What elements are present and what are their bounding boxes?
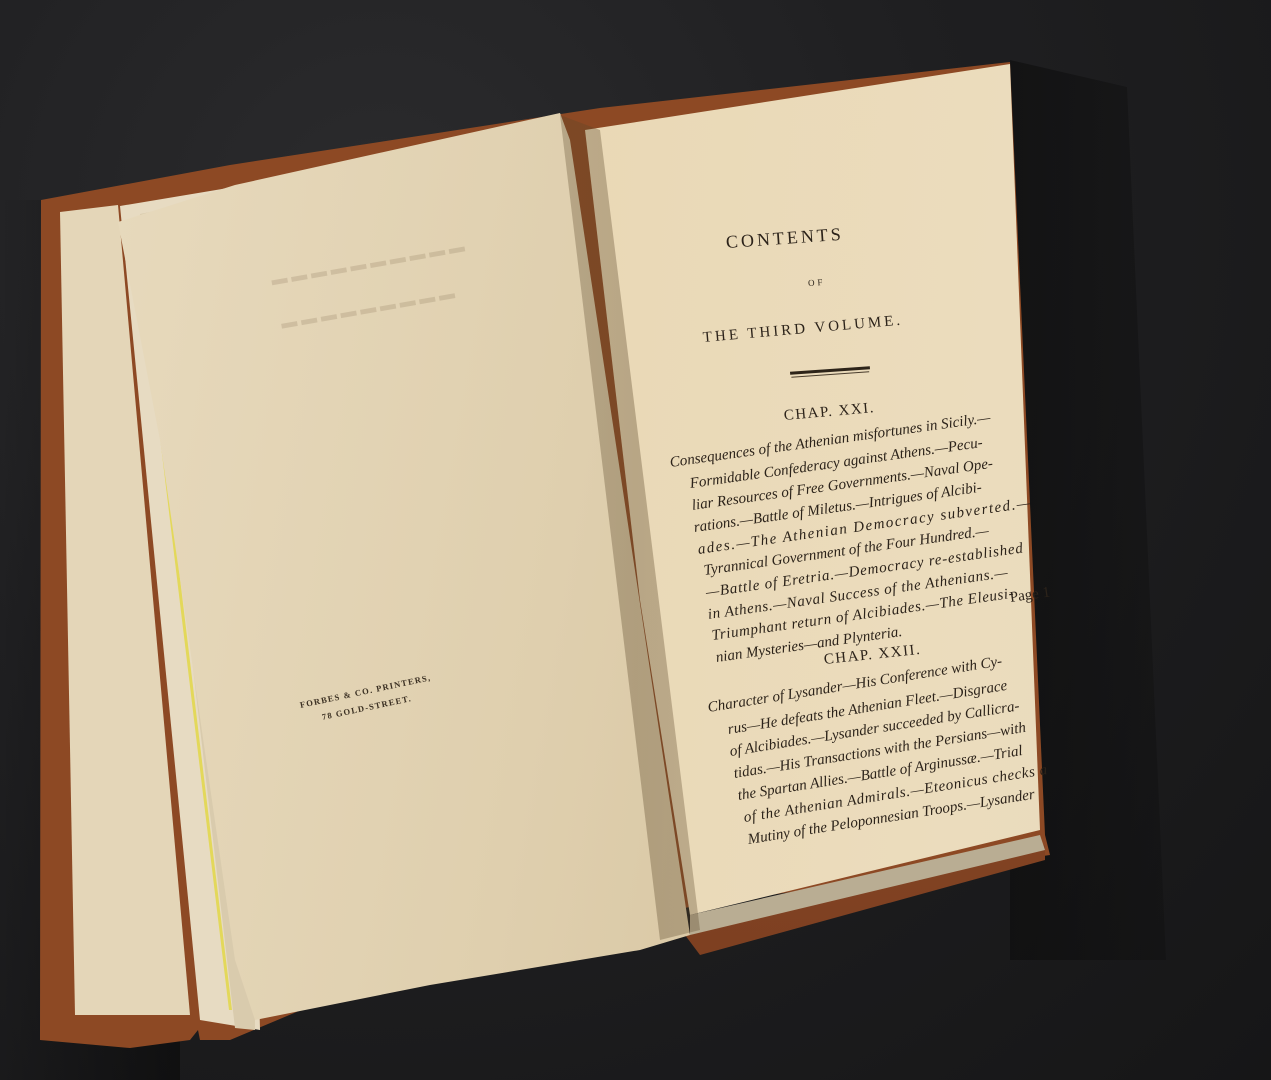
photo-scene: ▬▬▬▬▬▬▬▬▬▬ ▬▬▬▬▬▬▬▬▬ FORBES & CO. PRINTE… [0, 0, 1271, 1080]
contents-of: OF [808, 277, 826, 288]
cast-shadow-right [1010, 60, 1270, 960]
